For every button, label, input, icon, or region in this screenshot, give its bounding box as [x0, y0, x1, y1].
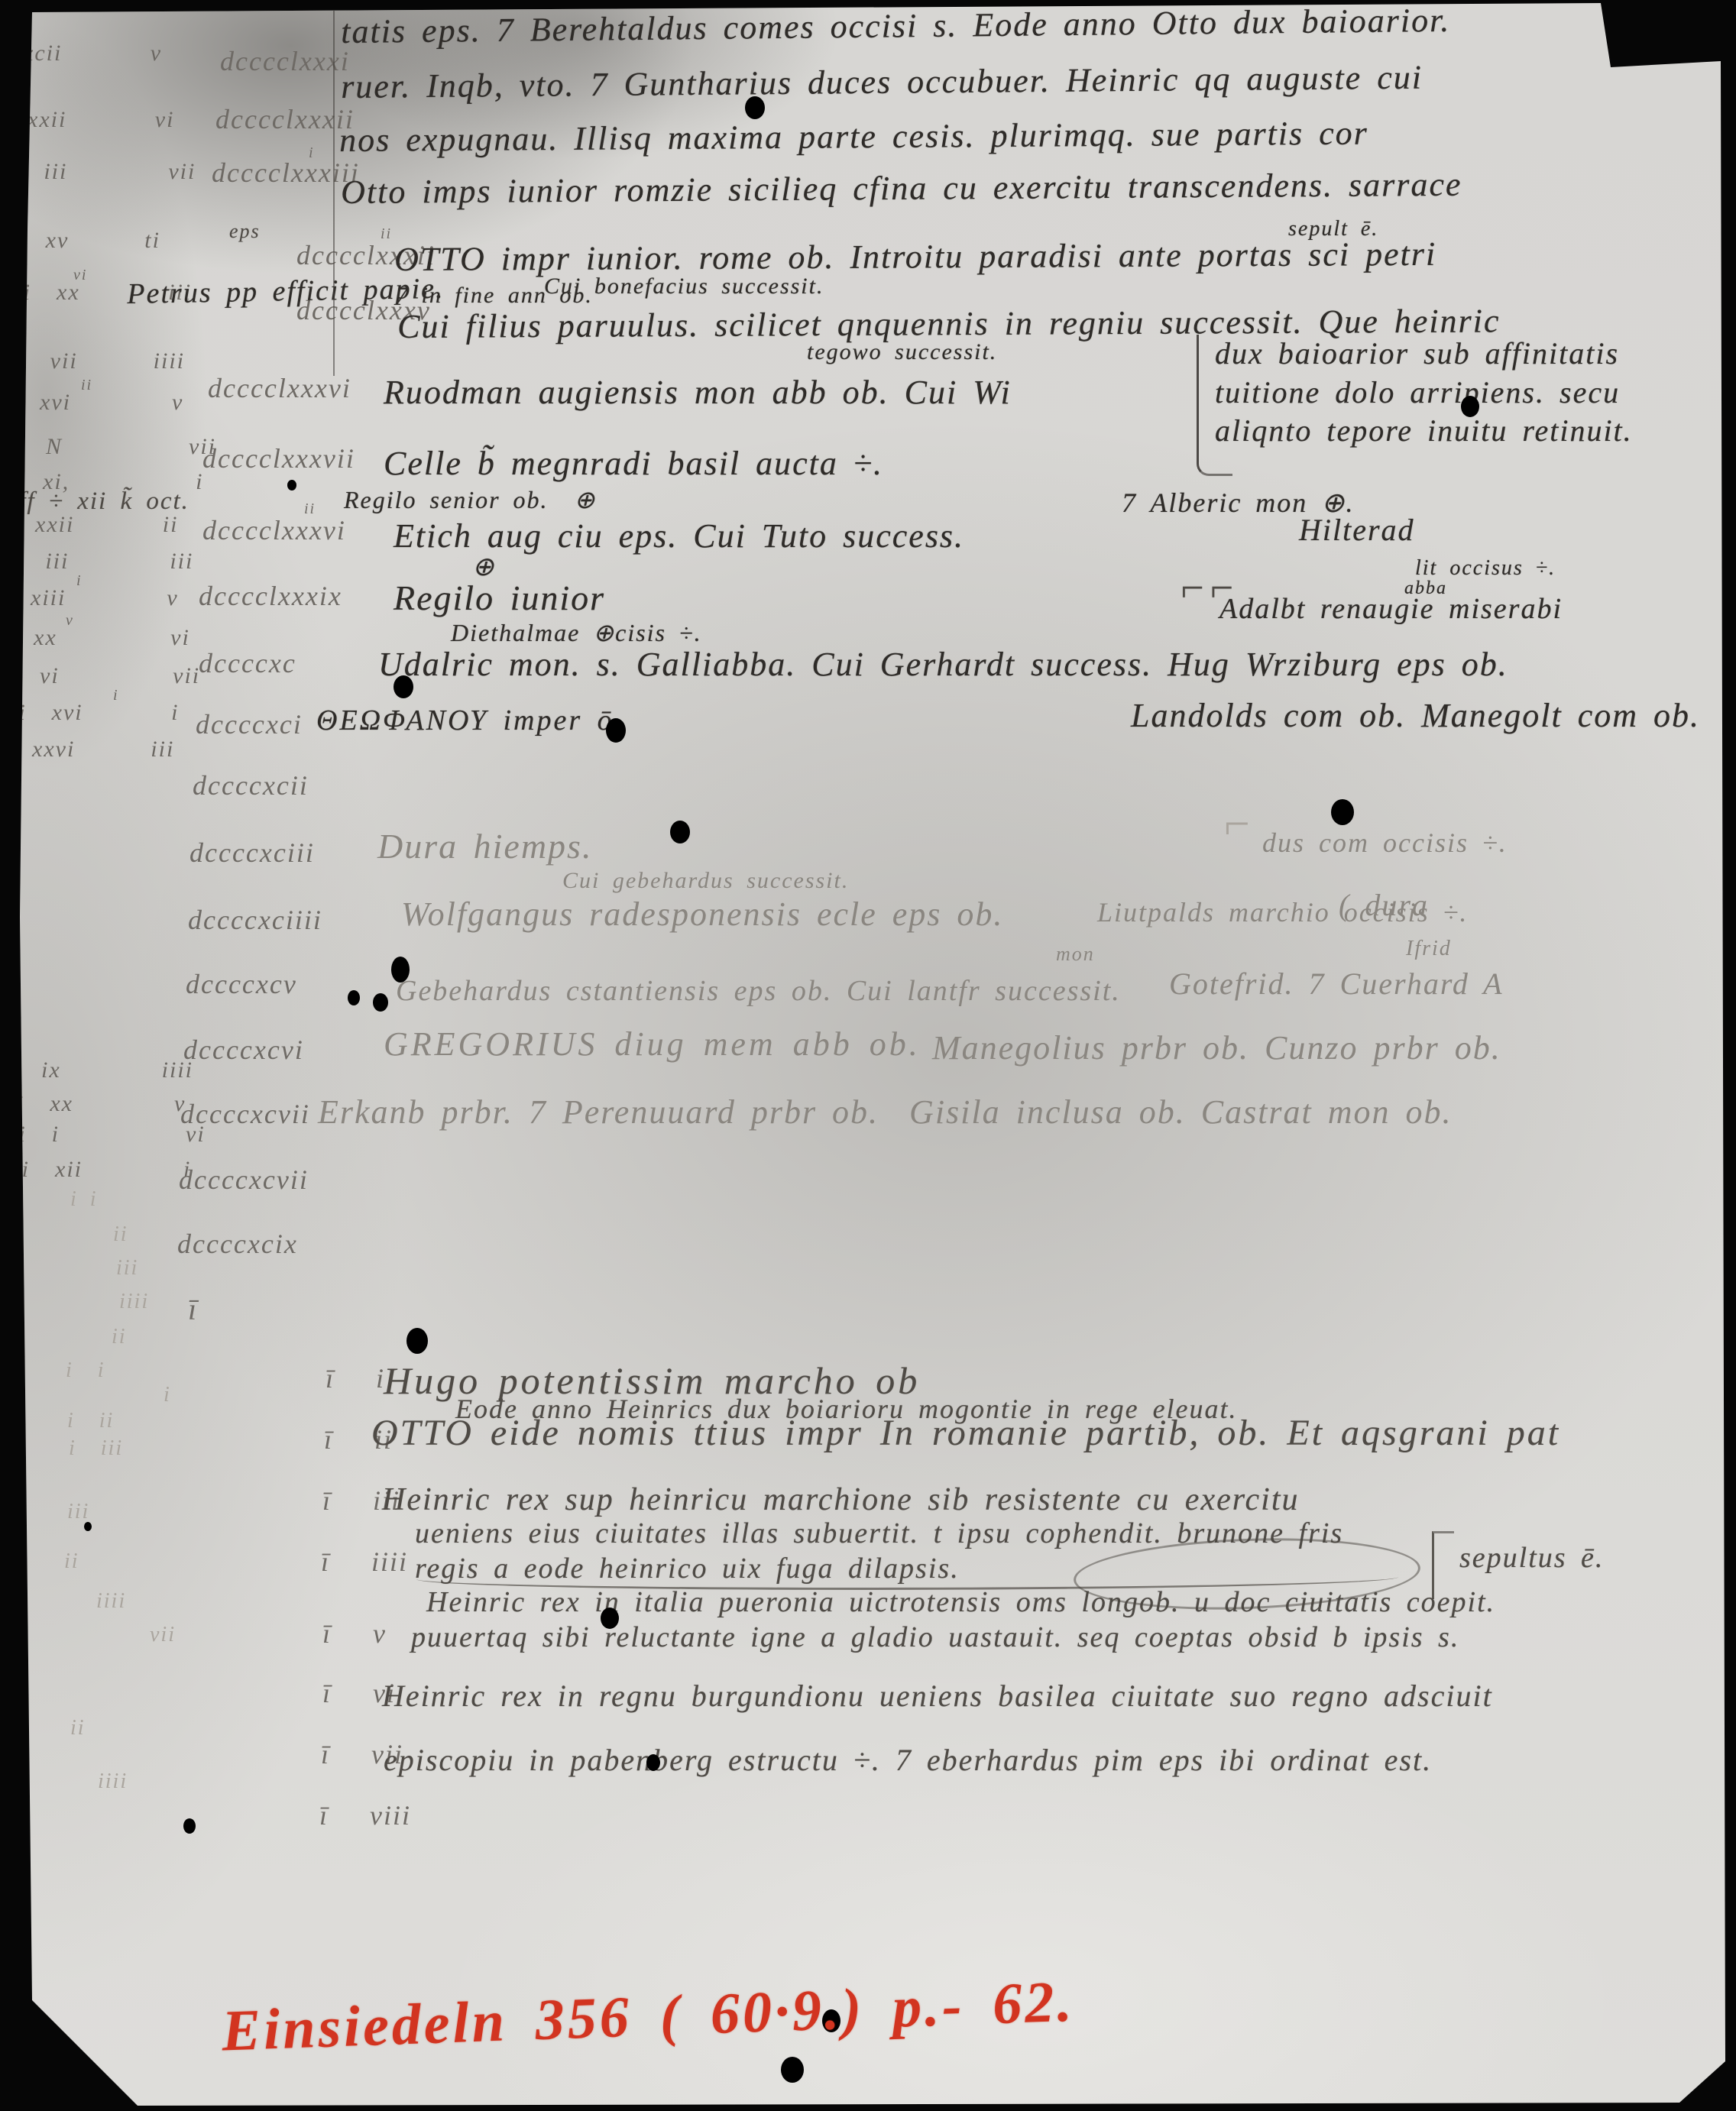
year-1008: ī viii: [319, 1802, 411, 1829]
manuscript-line: i ii: [67, 1410, 114, 1432]
manuscript-line: ii i vi: [11, 1123, 206, 1146]
manuscript-line: i: [164, 1384, 171, 1406]
wormhole-dot: [373, 993, 388, 1012]
wormhole-dot: [183, 1818, 196, 1834]
margin-note: reff ÷ xii k̃ oct.: [0, 489, 189, 514]
manuscript-line: ii vii iiii: [9, 350, 185, 373]
manuscript-line: ii: [70, 1718, 86, 1739]
manuscript-line: Hilterad: [1299, 515, 1415, 546]
year-1001: ī i: [325, 1365, 385, 1392]
manuscript-line: i: [113, 688, 119, 703]
year-998: dccccxcvii: [179, 1166, 309, 1193]
manuscript-line: Cui bonefacius successit.: [544, 275, 824, 298]
year-992: dccccxcii: [193, 772, 309, 799]
manuscript-line: dux baioarior sub affinitatis: [1215, 338, 1619, 369]
year-997: dccccxcvii: [180, 1100, 310, 1128]
manuscript-line: tatis eps. 7 Berehtaldus comes occisi s.…: [341, 4, 1451, 49]
manuscript-line: ruer. Inqb, vto. 7 Guntharius duces occu…: [341, 61, 1423, 104]
manuscript-line: puuertaq sibi reluctante igne a gladio u…: [411, 1623, 1459, 1652]
manuscript-line: vii: [150, 1624, 176, 1646]
manuscript-line: dus com occisis ÷.: [1262, 829, 1508, 856]
manuscript-line: Ifrid: [1406, 938, 1452, 960]
manuscript-line: i iii iii: [12, 550, 193, 573]
manuscript-line: Heinric rex sup heinricu marchione sib r…: [382, 1484, 1300, 1516]
manuscript-line: iiii: [119, 1291, 149, 1313]
manuscript-line: i: [76, 573, 83, 588]
manuscript-line: ix iiii: [41, 1059, 193, 1082]
manuscript-line: Diethalmae ⊕cisis ÷.: [451, 620, 702, 645]
year-994: dccccxciiii: [188, 906, 322, 934]
manuscript-line: mon: [1056, 944, 1095, 964]
year-995: dccccxcv: [186, 970, 297, 998]
manuscript-line: xxii ii: [35, 513, 178, 536]
manuscript-line: Ruodman augiensis mon abb ob. Cui Wi: [384, 376, 1012, 410]
wormhole-dot: [1331, 799, 1354, 825]
wormhole-dot: [391, 957, 410, 983]
manuscript-line: Gebehardus cstantiensis eps ob. Cui lant…: [396, 976, 1121, 1005]
manuscript-line: i iii: [69, 1438, 123, 1459]
wormhole-dot: [84, 1522, 92, 1531]
year-1000: ī: [188, 1294, 198, 1325]
manuscript-line: Adalbt renaugie miserabi: [1219, 594, 1563, 623]
manuscript-line: xiii v: [31, 587, 179, 610]
wormhole-dot: [287, 480, 296, 491]
manuscript-line: ( dura: [1339, 890, 1429, 921]
wormhole-dot: [670, 821, 690, 843]
wormhole-dot: [781, 2057, 804, 2083]
manuscript-line: xcii v: [23, 42, 162, 65]
manuscript-line: vi vii: [40, 665, 200, 688]
year-996: dccccxcvi: [183, 1036, 304, 1064]
year-993: dccccxciii: [189, 839, 315, 866]
manuscript-line: OTTO eide nomis ttius impr In romanie pa…: [371, 1415, 1560, 1452]
manuscript-line: i i: [66, 1360, 105, 1381]
wormhole-dot: [394, 675, 413, 698]
manuscript-line: episcopiu in pabenberg estructu ÷. 7 ebe…: [384, 1745, 1432, 1776]
manuscript-line: Manegolius prbr ob. Cunzo prbr ob.: [932, 1031, 1501, 1065]
year-991: dccccxci: [196, 711, 303, 738]
manuscript-line: vi: [73, 267, 87, 283]
manuscript-line: ii: [381, 226, 392, 241]
wormhole-dot: [646, 1754, 660, 1771]
manuscript-line: xxii vi: [28, 108, 174, 131]
wormhole-dot: [601, 1608, 619, 1629]
manuscript-line: Heinric rex in regnu burgundionu ueniens…: [382, 1681, 1493, 1711]
column-rule: [333, 11, 335, 376]
manuscript-line: lit occisus ÷.: [1415, 558, 1556, 579]
manuscript-line: ii: [304, 501, 316, 516]
manuscript-line: Udalric mon. s. Galliabba. Cui Gerhardt …: [378, 648, 1508, 682]
year-986: dcccclxxxvi: [208, 374, 351, 402]
manuscript-line: Cui gebehardus successit.: [562, 869, 849, 892]
manuscript-line: tuitione dolo arripiens. secu: [1215, 377, 1620, 408]
year-987: dcccclxxxvii: [202, 445, 355, 472]
manuscript-line: iii: [116, 1258, 138, 1279]
manuscript-line: xxvi iii: [32, 738, 174, 761]
year-981: dcccclxxxi: [220, 47, 350, 75]
wormhole-dot: [348, 990, 360, 1005]
manuscript-line: ii: [112, 1326, 127, 1348]
manuscript-photo: xcii vxxii vii iii viiii xv tiiii xx iii…: [0, 0, 1736, 2111]
marginal-bracket: [1197, 335, 1232, 476]
manuscript-line: ⊕: [472, 555, 496, 581]
year-989: dcccclxxxix: [199, 582, 342, 610]
manuscript-line: aliqnto tepore inuitu retinuit.: [1215, 416, 1633, 446]
manuscript-line: ii xv ti: [5, 229, 160, 252]
manuscript-line: i: [309, 145, 315, 160]
manuscript-line: Otto imps iunior romzie sicilieq cfina c…: [341, 168, 1462, 209]
manuscript-line: ⌐: [1221, 801, 1254, 847]
manuscript-line: xvi v: [40, 391, 183, 414]
manuscript-line: OTTO impr iunior. rome ob. Introitu para…: [394, 238, 1436, 277]
manuscript-line: Etich aug ciu eps. Cui Tuto success.: [394, 520, 964, 553]
year-990: dccccxc: [199, 649, 296, 677]
marginal-bracket: [1432, 1531, 1454, 1599]
parchment-page: xcii vxxii vii iii viiii xv tiiii xx iii…: [0, 0, 1736, 2111]
year-988: dcccclxxxvi: [202, 516, 346, 544]
manuscript-line: iiii: [96, 1591, 126, 1612]
manuscript-line: nos expugnau. Illisq maxima parte cesis.…: [339, 117, 1368, 157]
manuscript-line: iiii: [98, 1771, 128, 1792]
manuscript-line: Petrus pp efficit papie.: [127, 274, 445, 309]
manuscript-line: ΘΕΩΦΑΝΟΥ imper ō: [316, 706, 614, 735]
manuscript-line: Regilo senior ob. ⊕: [344, 487, 596, 512]
manuscript-line: ii: [64, 1551, 79, 1572]
manuscript-line: Gotefrid. 7 Cuerhard A: [1169, 969, 1504, 999]
manuscript-line: xx vi: [34, 627, 190, 649]
year-983: dcccclxxxiii: [212, 159, 360, 186]
manuscript-line: ii: [113, 1224, 128, 1245]
manuscript-line: i xx v: [17, 1093, 186, 1115]
manuscript-line: sepultus ē.: [1459, 1543, 1604, 1572]
wormhole-dot: [406, 1328, 428, 1354]
year-1004: ī iiii: [321, 1548, 408, 1575]
manuscript-line: iii xii i: [6, 1158, 191, 1181]
manuscript-line: i iii vii: [11, 160, 196, 183]
manuscript-line: i i: [70, 1189, 98, 1210]
year-1005: ī v: [322, 1620, 387, 1647]
manuscript-line: Celle b̃ megnradi basil aucta ÷.: [384, 447, 883, 481]
manuscript-line: ii xvi i: [11, 701, 179, 724]
manuscript-line: Erkanb prbr. 7 Perenuuard prbr ob. Gisil…: [318, 1096, 1453, 1129]
manuscript-line: GREGORIUS diug mem abb ob.: [384, 1028, 921, 1061]
manuscript-line: ii: [81, 377, 92, 393]
wormhole-dot: [606, 718, 626, 743]
manuscript-line: N vii: [46, 435, 216, 458]
year-999: dccccxcix: [177, 1230, 298, 1258]
manuscript-line: iii: [67, 1501, 89, 1523]
wormhole-dot: [1461, 396, 1479, 417]
manuscript-line: Dura hiemps.: [377, 829, 592, 864]
manuscript-line: Regilo iunior: [394, 581, 605, 616]
manuscript-line: eps: [229, 222, 261, 241]
wormhole-dot: [745, 96, 765, 119]
manuscript-line: Wolfgangus radesponensis ecle eps ob.: [401, 898, 1003, 931]
manuscript-line: v: [66, 613, 74, 628]
manuscript-line: tegowo successit.: [807, 341, 997, 364]
manuscript-line: Landolds com ob. Manegolt com ob.: [1131, 699, 1700, 733]
